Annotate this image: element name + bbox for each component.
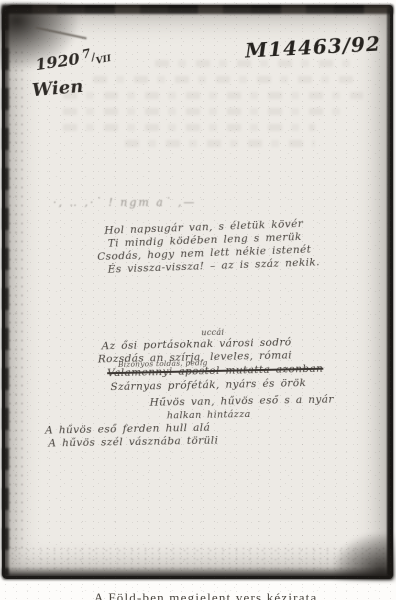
scan-edge-bottom [3,567,392,579]
bleed-through-texture [125,140,315,147]
faded-handwriting-line: ·‚ ‥ ‚·˙ ! ngm a˙ ‚— [53,196,196,209]
poem-stanza-3: Hűvös van, hűvös eső s a nyár halkan hin… [45,393,335,450]
bottom-speckle-texture [9,546,386,572]
inserted-note: Bizonyos toldás, pedig [118,358,208,369]
date-year: 1920 [34,49,81,74]
bleed-through-texture [63,124,315,131]
place-annotation: Wien [31,76,84,101]
bleed-through-texture [63,108,347,115]
poem-stanza-1: Hol napsugár van, s életük kövér Ti mind… [104,217,320,276]
pencil-stroke [35,27,86,40]
poem-stanza-2: uccái Az ősi portásoknak városi sodró Ro… [101,336,323,395]
date-fraction: 7/VII [80,42,111,69]
scan-edge-right [387,8,393,576]
manuscript-scan-area: 19207/VII Wien M14463/92 ·‚ ‥ ‚·˙ ! ngm … [2,5,393,579]
left-speckle-texture [7,48,23,556]
scan-edge-top [2,5,393,14]
bleed-through-texture [93,76,359,83]
caption-partial: A Föld-ben megjelent vers kézirata [94,590,317,600]
corner-smudge-bottom-right [334,534,394,580]
inserted-word: uccái [201,328,224,337]
archive-number: M14463/92 [244,31,381,62]
scan-edge-left [2,8,9,576]
scanned-document-page: 19207/VII Wien M14463/92 ·‚ ‥ ‚·˙ ! ngm … [0,0,396,600]
date-annotation: 19207/VII [34,43,111,75]
bleed-through-texture [63,92,363,99]
